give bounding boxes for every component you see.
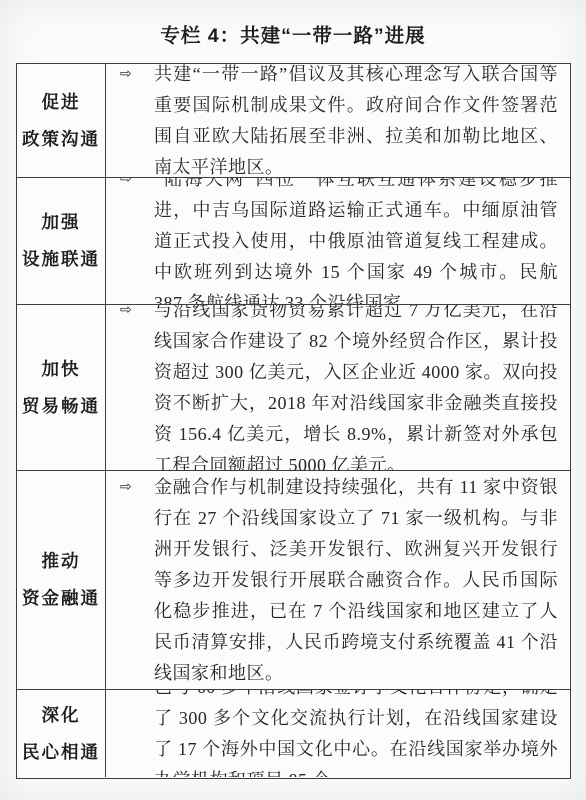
row-content-cell: ⇨ 已与 60 多个沿线国家签订了文化合作协定，确定了 300 多个文化交流执行… bbox=[106, 690, 570, 777]
content-entry: ⇨ 已与 60 多个沿线国家签订了文化合作协定，确定了 300 多个文化交流执行… bbox=[120, 690, 558, 777]
box-title: 专栏 4：共建“一带一路”进展 bbox=[0, 0, 586, 48]
row-label-line: 加快 bbox=[42, 351, 81, 388]
content-entry: ⇨ 共建“一带一路”倡议及其核心理念写入联合国等重要国际机制成果文件。政府间合作… bbox=[120, 64, 558, 177]
table-row-financial: 推动 资金融通 ⇨ 金融合作与机制建设持续强化，共有 11 家中资银行在 27 … bbox=[17, 470, 570, 689]
document-page: 专栏 4：共建“一带一路”进展 促进 政策沟通 ⇨ 共建“一带一路”倡议及其核心… bbox=[0, 0, 586, 800]
arrow-bullet-icon: ⇨ bbox=[120, 690, 144, 703]
row-label-line: 设施联通 bbox=[22, 241, 100, 278]
row-label-line: 推动 bbox=[42, 543, 81, 580]
row-content-cell: ⇨ 与沿线国家货物贸易累计超过 7 万亿美元，在沿线国家合作建设了 82 个境外… bbox=[106, 305, 570, 470]
content-entry: ⇨ 与沿线国家货物贸易累计超过 7 万亿美元，在沿线国家合作建设了 82 个境外… bbox=[120, 305, 558, 470]
row-label-facilities: 加强 设施联通 bbox=[17, 178, 106, 304]
row-label-line: 民心相通 bbox=[22, 734, 100, 771]
table-row-facilities: 加强 设施联通 ⇨ “陆海天网”四位一体互联互通体系建设稳步推进，中吉乌国际道路… bbox=[17, 177, 570, 304]
belt-road-progress-table: 促进 政策沟通 ⇨ 共建“一带一路”倡议及其核心理念写入联合国等重要国际机制成果… bbox=[16, 63, 571, 779]
row-content-cell: ⇨ 金融合作与机制建设持续强化，共有 11 家中资银行在 27 个沿线国家设立了… bbox=[106, 471, 570, 689]
row-label-line: 深化 bbox=[42, 697, 81, 734]
row-label-line: 政策沟通 bbox=[22, 121, 100, 158]
row-content-text: “陆海天网”四位一体互联互通体系建设稳步推进，中吉乌国际道路运输正式通车。中缅原… bbox=[154, 178, 558, 304]
arrow-bullet-icon: ⇨ bbox=[120, 472, 144, 503]
row-label-line: 资金融通 bbox=[22, 580, 100, 617]
table-row-trade: 加快 贸易畅通 ⇨ 与沿线国家货物贸易累计超过 7 万亿美元，在沿线国家合作建设… bbox=[17, 304, 570, 470]
arrow-bullet-icon: ⇨ bbox=[120, 64, 144, 90]
row-content-cell: ⇨ 共建“一带一路”倡议及其核心理念写入联合国等重要国际机制成果文件。政府间合作… bbox=[106, 64, 570, 177]
content-entry: ⇨ “陆海天网”四位一体互联互通体系建设稳步推进，中吉乌国际道路运输正式通车。中… bbox=[120, 178, 558, 304]
content-entry: ⇨ 金融合作与机制建设持续强化，共有 11 家中资银行在 27 个沿线国家设立了… bbox=[120, 472, 558, 689]
table-row-policy: 促进 政策沟通 ⇨ 共建“一带一路”倡议及其核心理念写入联合国等重要国际机制成果… bbox=[17, 64, 570, 177]
row-content-text: 金融合作与机制建设持续强化，共有 11 家中资银行在 27 个沿线国家设立了 7… bbox=[154, 472, 558, 689]
row-content-text: 共建“一带一路”倡议及其核心理念写入联合国等重要国际机制成果文件。政府间合作文件… bbox=[154, 64, 558, 177]
row-label-line: 促进 bbox=[42, 84, 81, 121]
row-content-cell: ⇨ “陆海天网”四位一体互联互通体系建设稳步推进，中吉乌国际道路运输正式通车。中… bbox=[106, 178, 570, 304]
row-label-line: 加强 bbox=[42, 204, 81, 241]
row-label-policy: 促进 政策沟通 bbox=[17, 64, 106, 177]
row-label-line: 贸易畅通 bbox=[22, 388, 100, 425]
table-row-people: 深化 民心相通 ⇨ 已与 60 多个沿线国家签订了文化合作协定，确定了 300 … bbox=[17, 689, 570, 777]
row-label-people: 深化 民心相通 bbox=[17, 690, 106, 777]
arrow-bullet-icon: ⇨ bbox=[120, 305, 144, 326]
row-label-financial: 推动 资金融通 bbox=[17, 471, 106, 689]
row-content-text: 已与 60 多个沿线国家签订了文化合作协定，确定了 300 多个文化交流执行计划… bbox=[154, 690, 558, 777]
row-label-trade: 加快 贸易畅通 bbox=[17, 305, 106, 470]
arrow-bullet-icon: ⇨ bbox=[120, 178, 144, 195]
row-content-text: 与沿线国家货物贸易累计超过 7 万亿美元，在沿线国家合作建设了 82 个境外经贸… bbox=[154, 305, 558, 470]
